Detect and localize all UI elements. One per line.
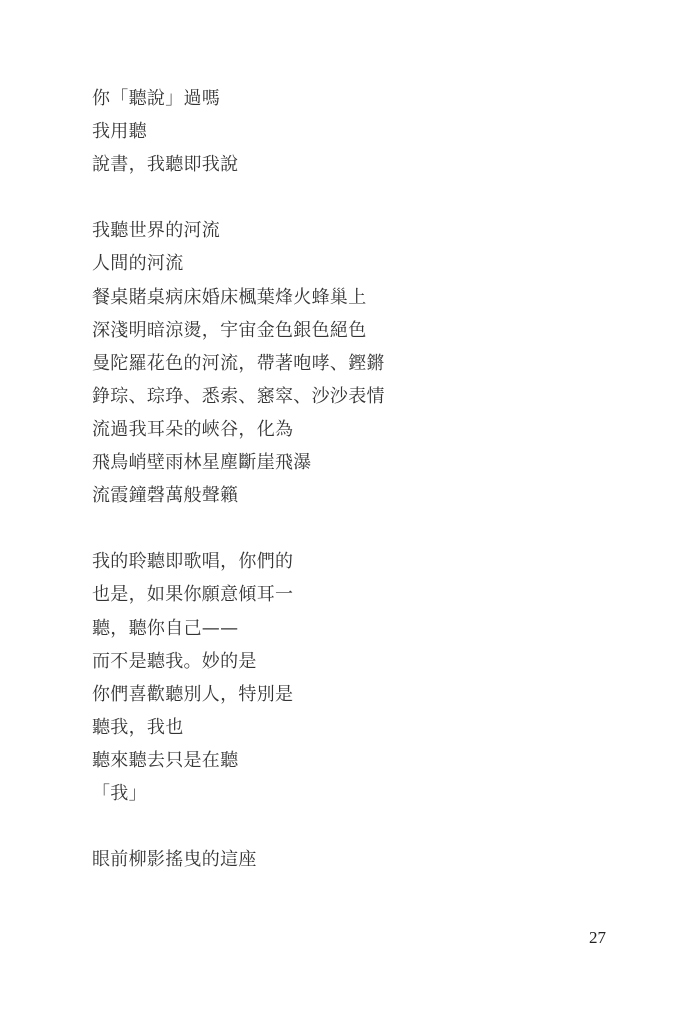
poem-line: 眼前柳影搖曳的這座 — [92, 843, 385, 876]
poem-line: 聽來聽去只是在聽 — [92, 744, 385, 777]
poem-line: 「我」 — [92, 777, 385, 810]
poem-line: 聽我，我也 — [92, 711, 385, 744]
stanza-break — [92, 512, 385, 545]
stanza-4: 眼前柳影搖曳的這座 — [92, 843, 385, 876]
poem-body: 你「聽說」過嗎 我用聽 說書，我聽即我說 我聽世界的河流 人間的河流 餐桌賭桌病… — [92, 82, 385, 876]
poem-line: 飛鳥峭壁雨林星塵斷崖飛瀑 — [92, 446, 385, 479]
stanza-break — [92, 810, 385, 843]
stanza-break — [92, 181, 385, 214]
poem-line: 說書，我聽即我說 — [92, 148, 385, 181]
poem-line: 流過我耳朵的峽谷，化為 — [92, 413, 385, 446]
poem-line: 你們喜歡聽別人，特別是 — [92, 678, 385, 711]
poem-line: 餐桌賭桌病床婚床楓葉烽火蜂巢上 — [92, 281, 385, 314]
stanza-3: 我的聆聽即歌唱，你們的 也是，如果你願意傾耳一 聽，聽你自己—— 而不是聽我。妙… — [92, 545, 385, 810]
page-number: 27 — [589, 928, 606, 948]
poem-line: 你「聽說」過嗎 — [92, 82, 385, 115]
poem-line: 我用聽 — [92, 115, 385, 148]
poem-line: 我聽世界的河流 — [92, 214, 385, 247]
poem-line: 而不是聽我。妙的是 — [92, 645, 385, 678]
poem-line: 流霞鐘磬萬般聲籟 — [92, 479, 385, 512]
poem-line: 我的聆聽即歌唱，你們的 — [92, 545, 385, 578]
poem-line: 人間的河流 — [92, 247, 385, 280]
poem-line: 錚琮、琮琤、悉索、窸窣、沙沙表情 — [92, 380, 385, 413]
stanza-1: 你「聽說」過嗎 我用聽 說書，我聽即我說 — [92, 82, 385, 181]
poem-line: 曼陀羅花色的河流，帶著咆哮、鏗鏘 — [92, 347, 385, 380]
poem-line: 也是，如果你願意傾耳一 — [92, 578, 385, 611]
poem-line: 聽，聽你自己—— — [92, 612, 385, 645]
stanza-2: 我聽世界的河流 人間的河流 餐桌賭桌病床婚床楓葉烽火蜂巢上 深淺明暗涼燙，宇宙金… — [92, 214, 385, 512]
poem-line: 深淺明暗涼燙，宇宙金色銀色絕色 — [92, 314, 385, 347]
